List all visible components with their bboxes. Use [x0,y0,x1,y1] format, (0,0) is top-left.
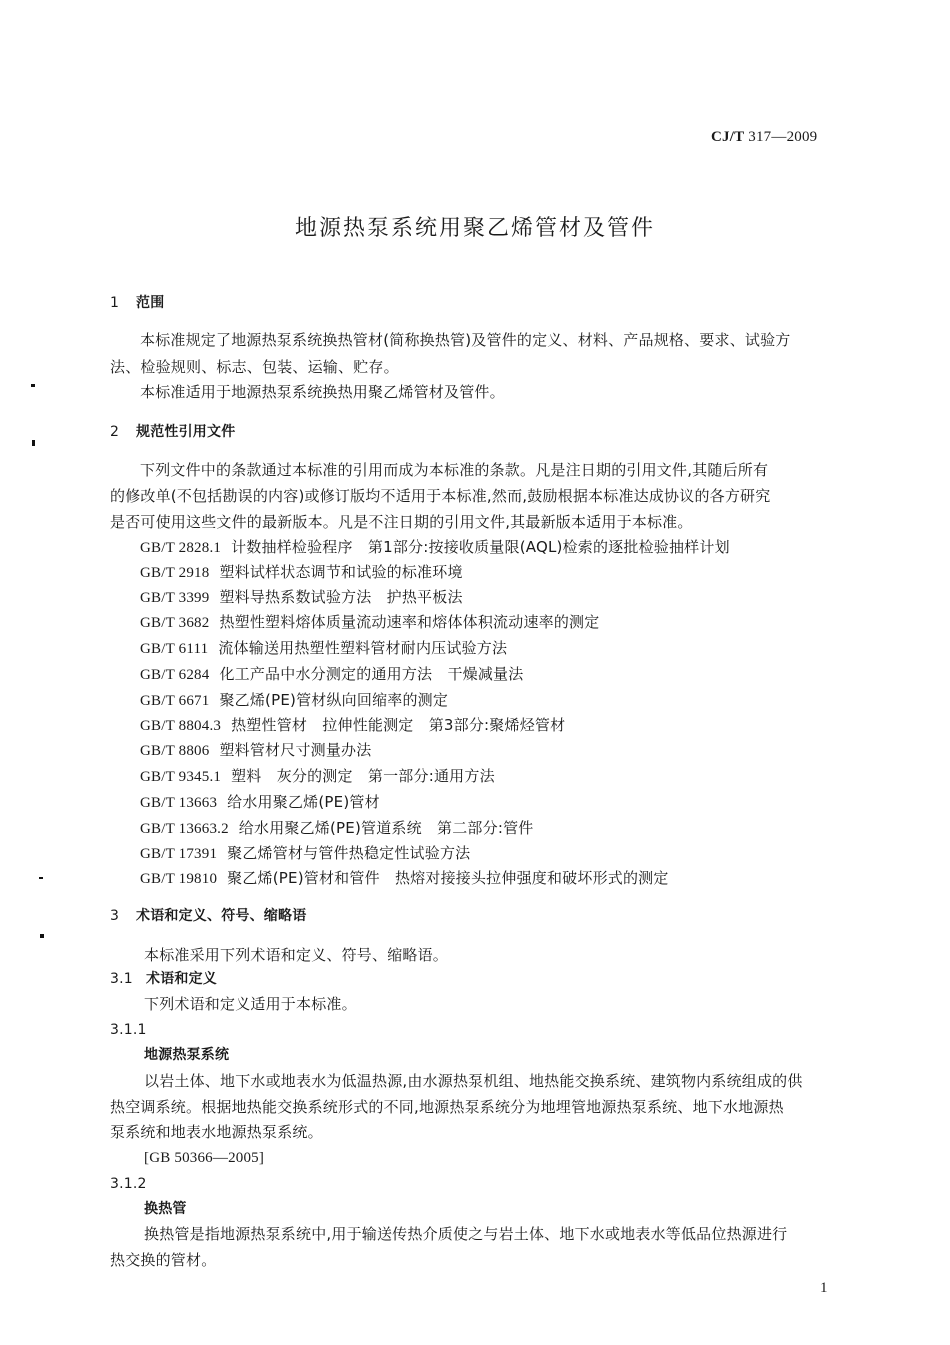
reference-item: GB/T 3682热塑性塑料熔体质量流动速率和熔体体积流动速率的测定 [140,612,599,633]
reference-item: GB/T 6284化工产品中水分测定的通用方法 干燥减量法 [140,664,523,685]
section-number: 3 [110,906,136,926]
section-number: 1 [110,293,136,313]
references-intro-line: 下列文件中的条款通过本标准的引用而成为本标准的条款。凡是注日期的引用文件,其随后… [140,460,768,480]
reference-item: GB/T 19810聚乙烯(PE)管材和管件 热熔对接接头拉伸强度和破坏形式的测… [140,868,669,889]
definition-source: [GB 50366—2005] [144,1148,264,1168]
scope-applicability: 本标准适用于地源热泵系统换热用聚乙烯管材及管件。 [140,382,505,402]
section-number: 2 [110,422,136,442]
reference-item: GB/T 6111流体输送用热塑性塑料管材耐内压试验方法 [140,638,507,659]
reference-item: GB/T 6671聚乙烯(PE)管材纵向回缩率的测定 [140,690,448,711]
definition-line: 以岩土体、地下水或地表水为低温热源,由水源热泵机组、地热能交换系统、建筑物内系统… [144,1071,803,1091]
subsection-3-1-intro: 下列术语和定义适用于本标准。 [144,994,357,1014]
section-number: 3.1 [110,969,146,989]
reference-title: 化工产品中水分测定的通用方法 干燥减量法 [219,665,523,683]
reference-title: 塑料导热系数试验方法 护热平板法 [219,588,462,606]
reference-code: GB/T 3399 [140,588,209,608]
scan-mark [31,384,35,387]
references-intro-line: 是否可使用这些文件的最新版本。凡是不注日期的引用文件,其最新版本适用于本标准。 [110,512,693,532]
scan-mark [39,877,43,879]
reference-title: 热塑性管材 拉伸性能测定 第3部分:聚烯烃管材 [231,716,565,734]
section-title: 范围 [136,295,164,311]
scan-mark [40,934,44,938]
reference-code: GB/T 6111 [140,639,208,659]
reference-code: GB/T 17391 [140,844,217,864]
standard-code: CJ/T 317—2009 [711,127,817,147]
definition-line: 泵系统和地表水地源热泵系统。 [110,1122,323,1142]
section-3-heading: 3术语和定义、符号、缩略语 [110,906,306,926]
reference-item: GB/T 17391聚乙烯管材与管件热稳定性试验方法 [140,843,470,864]
reference-code: GB/T 3682 [140,613,209,633]
standard-prefix: CJ/T [711,129,744,145]
reference-code: GB/T 8806 [140,741,209,761]
reference-title: 聚乙烯(PE)管材和管件 热熔对接接头拉伸强度和破坏形式的测定 [227,869,668,887]
section-1-heading: 1范围 [110,293,164,313]
reference-item: GB/T 3399塑料导热系数试验方法 护热平板法 [140,587,463,608]
reference-title: 塑料试样状态调节和试验的标准环境 [219,563,462,581]
reference-code: GB/T 6671 [140,691,209,711]
reference-title: 计数抽样检验程序 第1部分:按接收质量限(AQL)检索的逐批检验抽样计划 [231,538,730,556]
reference-item: GB/T 13663.2给水用聚乙烯(PE)管道系统 第二部分:管件 [140,818,533,839]
reference-code: GB/T 8804.3 [140,716,221,736]
reference-item: GB/T 2918塑料试样状态调节和试验的标准环境 [140,562,463,583]
section-3-intro: 本标准采用下列术语和定义、符号、缩略语。 [144,945,448,965]
term-ground-source-heat-pump-system: 地源热泵系统 [144,1045,229,1065]
scope-paragraph-line: 法、检验规则、标志、包装、运输、贮存。 [110,357,399,377]
scan-mark [32,440,35,446]
reference-title: 给水用聚乙烯(PE)管道系统 第二部分:管件 [239,819,534,837]
reference-code: GB/T 19810 [140,869,217,889]
definition-line: 热交换的管材。 [110,1250,216,1270]
reference-code: GB/T 2828.1 [140,538,221,558]
document-title: 地源热泵系统用聚乙烯管材及管件 [0,214,950,244]
reference-code: GB/T 6284 [140,665,209,685]
term-heat-exchange-pipe: 换热管 [144,1199,187,1219]
section-2-heading: 2规范性引用文件 [110,422,235,442]
reference-item: GB/T 9345.1塑料 灰分的测定 第一部分:通用方法 [140,766,495,787]
definition-line: 热空调系统。根据地热能交换系统形式的不同,地源热泵系统分为地埋管地源热泵系统、地… [110,1097,784,1117]
reference-code: GB/T 13663 [140,793,217,813]
reference-title: 塑料管材尺寸测量办法 [219,741,371,759]
clause-3-1-1-number: 3.1.1 [110,1020,147,1040]
reference-item: GB/T 13663给水用聚乙烯(PE)管材 [140,792,380,813]
reference-title: 塑料 灰分的测定 第一部分:通用方法 [231,767,495,785]
section-title: 术语和定义、符号、缩略语 [136,908,306,924]
reference-item: GB/T 2828.1计数抽样检验程序 第1部分:按接收质量限(AQL)检索的逐… [140,537,730,558]
reference-code: GB/T 9345.1 [140,767,221,787]
reference-item: GB/T 8804.3热塑性管材 拉伸性能测定 第3部分:聚烯烃管材 [140,715,565,736]
references-intro-line: 的修改单(不包括勘误的内容)或修订版均不适用于本标准,然而,鼓励根据本标准达成协… [110,486,770,506]
reference-title: 热塑性塑料熔体质量流动速率和熔体体积流动速率的测定 [219,613,599,631]
reference-title: 聚乙烯管材与管件热稳定性试验方法 [227,844,470,862]
subsection-3-1-heading: 3.1术语和定义 [110,969,217,989]
reference-title: 流体输送用热塑性塑料管材耐内压试验方法 [218,639,507,657]
reference-title: 给水用聚乙烯(PE)管材 [227,793,380,811]
section-title: 术语和定义 [146,971,217,987]
reference-code: GB/T 13663.2 [140,819,229,839]
reference-code: GB/T 2918 [140,563,209,583]
standard-number: 317—2009 [748,129,817,145]
reference-item: GB/T 8806塑料管材尺寸测量办法 [140,740,371,761]
scope-paragraph-line: 本标准规定了地源热泵系统换热管材(简称换热管)及管件的定义、材料、产品规格、要求… [140,330,840,350]
definition-line: 换热管是指地源热泵系统中,用于输送传热介质使之与岩土体、地下水或地表水等低品位热… [144,1224,787,1244]
reference-title: 聚乙烯(PE)管材纵向回缩率的测定 [219,691,448,709]
page-number: 1 [820,1278,828,1298]
section-title: 规范性引用文件 [136,424,235,440]
clause-3-1-2-number: 3.1.2 [110,1174,147,1194]
